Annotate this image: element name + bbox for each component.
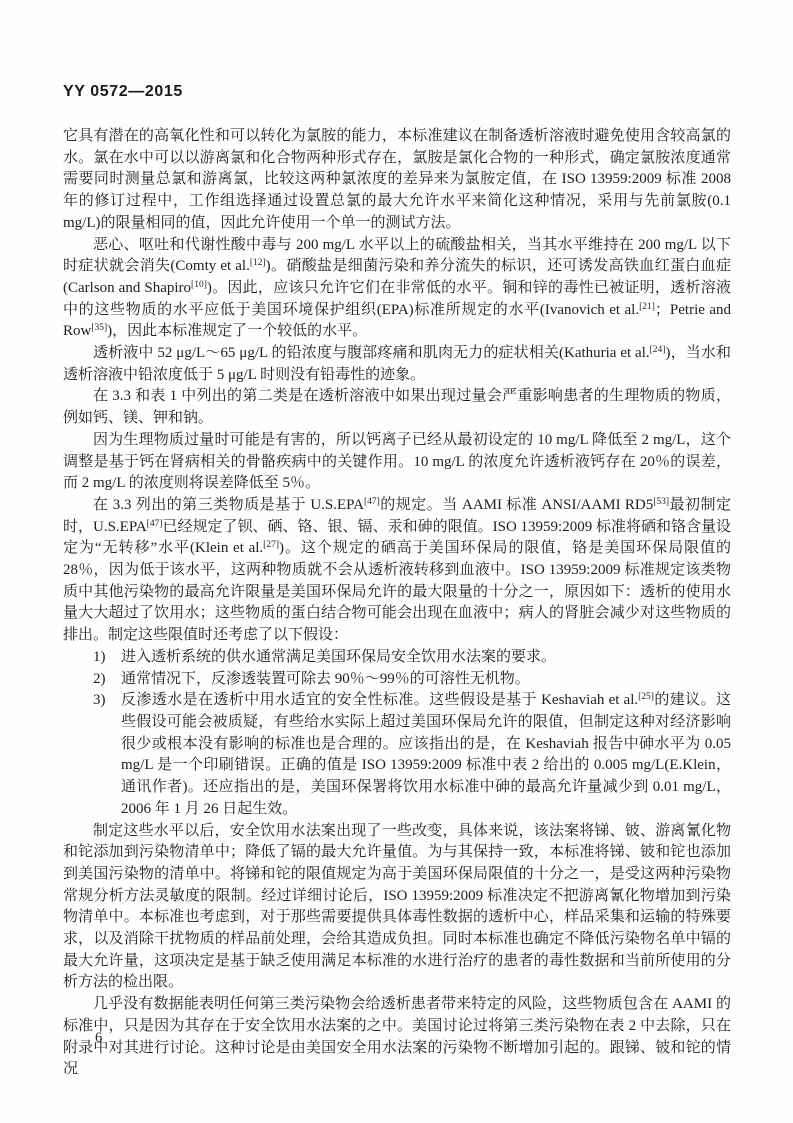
citation-ref: [24] bbox=[650, 345, 666, 355]
citation-ref: [12] bbox=[250, 258, 266, 268]
list-item-text: 反渗透水是在透析中用水适宜的安全性标准。这些假设是基于 Keshaviah et… bbox=[121, 690, 731, 820]
citation-ref: [10] bbox=[191, 280, 207, 290]
citation-ref: [53] bbox=[653, 497, 669, 507]
paragraph: 它具有潜在的高氧化性和可以转化为氯胺的能力，本标准建议在制备透析溶液时避免使用含… bbox=[63, 126, 731, 235]
paragraph: 几乎没有数据能表明任何第三类污染物会给透析患者带来特定的风险，这些物质包含在 A… bbox=[63, 994, 731, 1081]
citation-ref: [47] bbox=[364, 497, 380, 507]
document-body: 它具有潜在的高氧化性和可以转化为氯胺的能力，本标准建议在制备透析溶液时避免使用含… bbox=[63, 126, 731, 1081]
paragraph: 透析液中 52 μg/L～65 μg/L 的铅浓度与腹部疼痛和肌肉无力的症状相关… bbox=[63, 343, 731, 386]
citation-ref: [35] bbox=[91, 323, 107, 333]
list-item: 1)进入透析系统的供水通常满足美国环保局安全饮用水法案的要求。 bbox=[63, 647, 731, 669]
list-item: 3)反渗透水是在透析中用水适宜的安全性标准。这些假设是基于 Keshaviah … bbox=[63, 690, 731, 820]
paragraph: 制定这些水平以后，安全饮用水法案出现了一些改变，具体来说，该法案将锑、铍、游离氰… bbox=[63, 821, 731, 995]
citation-ref: [21] bbox=[639, 302, 655, 312]
paragraph: 在 3.3 和表 1 中列出的第二类是在透析溶液中如果出现过量会严重影响患者的生… bbox=[63, 386, 731, 429]
list-item-text: 通常情况下，反渗透装置可除去 90％～99％的可溶性无机物。 bbox=[121, 669, 731, 691]
paragraph: 恶心、呕吐和代谢性酸中毒与 200 mg/L 水平以上的硫酸盐相关，当其水平维持… bbox=[63, 235, 731, 344]
paragraph: 因为生理物质过量时可能是有害的，所以钙离子已经从最初设定的 10 mg/L 降低… bbox=[63, 430, 731, 495]
citation-ref: [47] bbox=[147, 519, 163, 529]
paragraph: 在 3.3 列出的第三类物质是基于 U.S.EPA[47]的规定。当 AAMI … bbox=[63, 495, 731, 647]
document-page: YY 0572—2015 它具有潜在的高氧化性和可以转化为氯胺的能力，本标准建议… bbox=[0, 0, 793, 1123]
page-number: 6 bbox=[95, 1030, 102, 1047]
citation-ref: [27] bbox=[263, 540, 279, 550]
standard-number-header: YY 0572—2015 bbox=[63, 83, 183, 101]
list-item: 2)通常情况下，反渗透装置可除去 90％～99％的可溶性无机物。 bbox=[63, 669, 731, 691]
list-item-marker: 2) bbox=[93, 669, 121, 691]
list-item-text: 进入透析系统的供水通常满足美国环保局安全饮用水法案的要求。 bbox=[121, 647, 731, 669]
list-item-marker: 3) bbox=[93, 690, 121, 820]
citation-ref: [25] bbox=[638, 692, 654, 702]
list-item-marker: 1) bbox=[93, 647, 121, 669]
